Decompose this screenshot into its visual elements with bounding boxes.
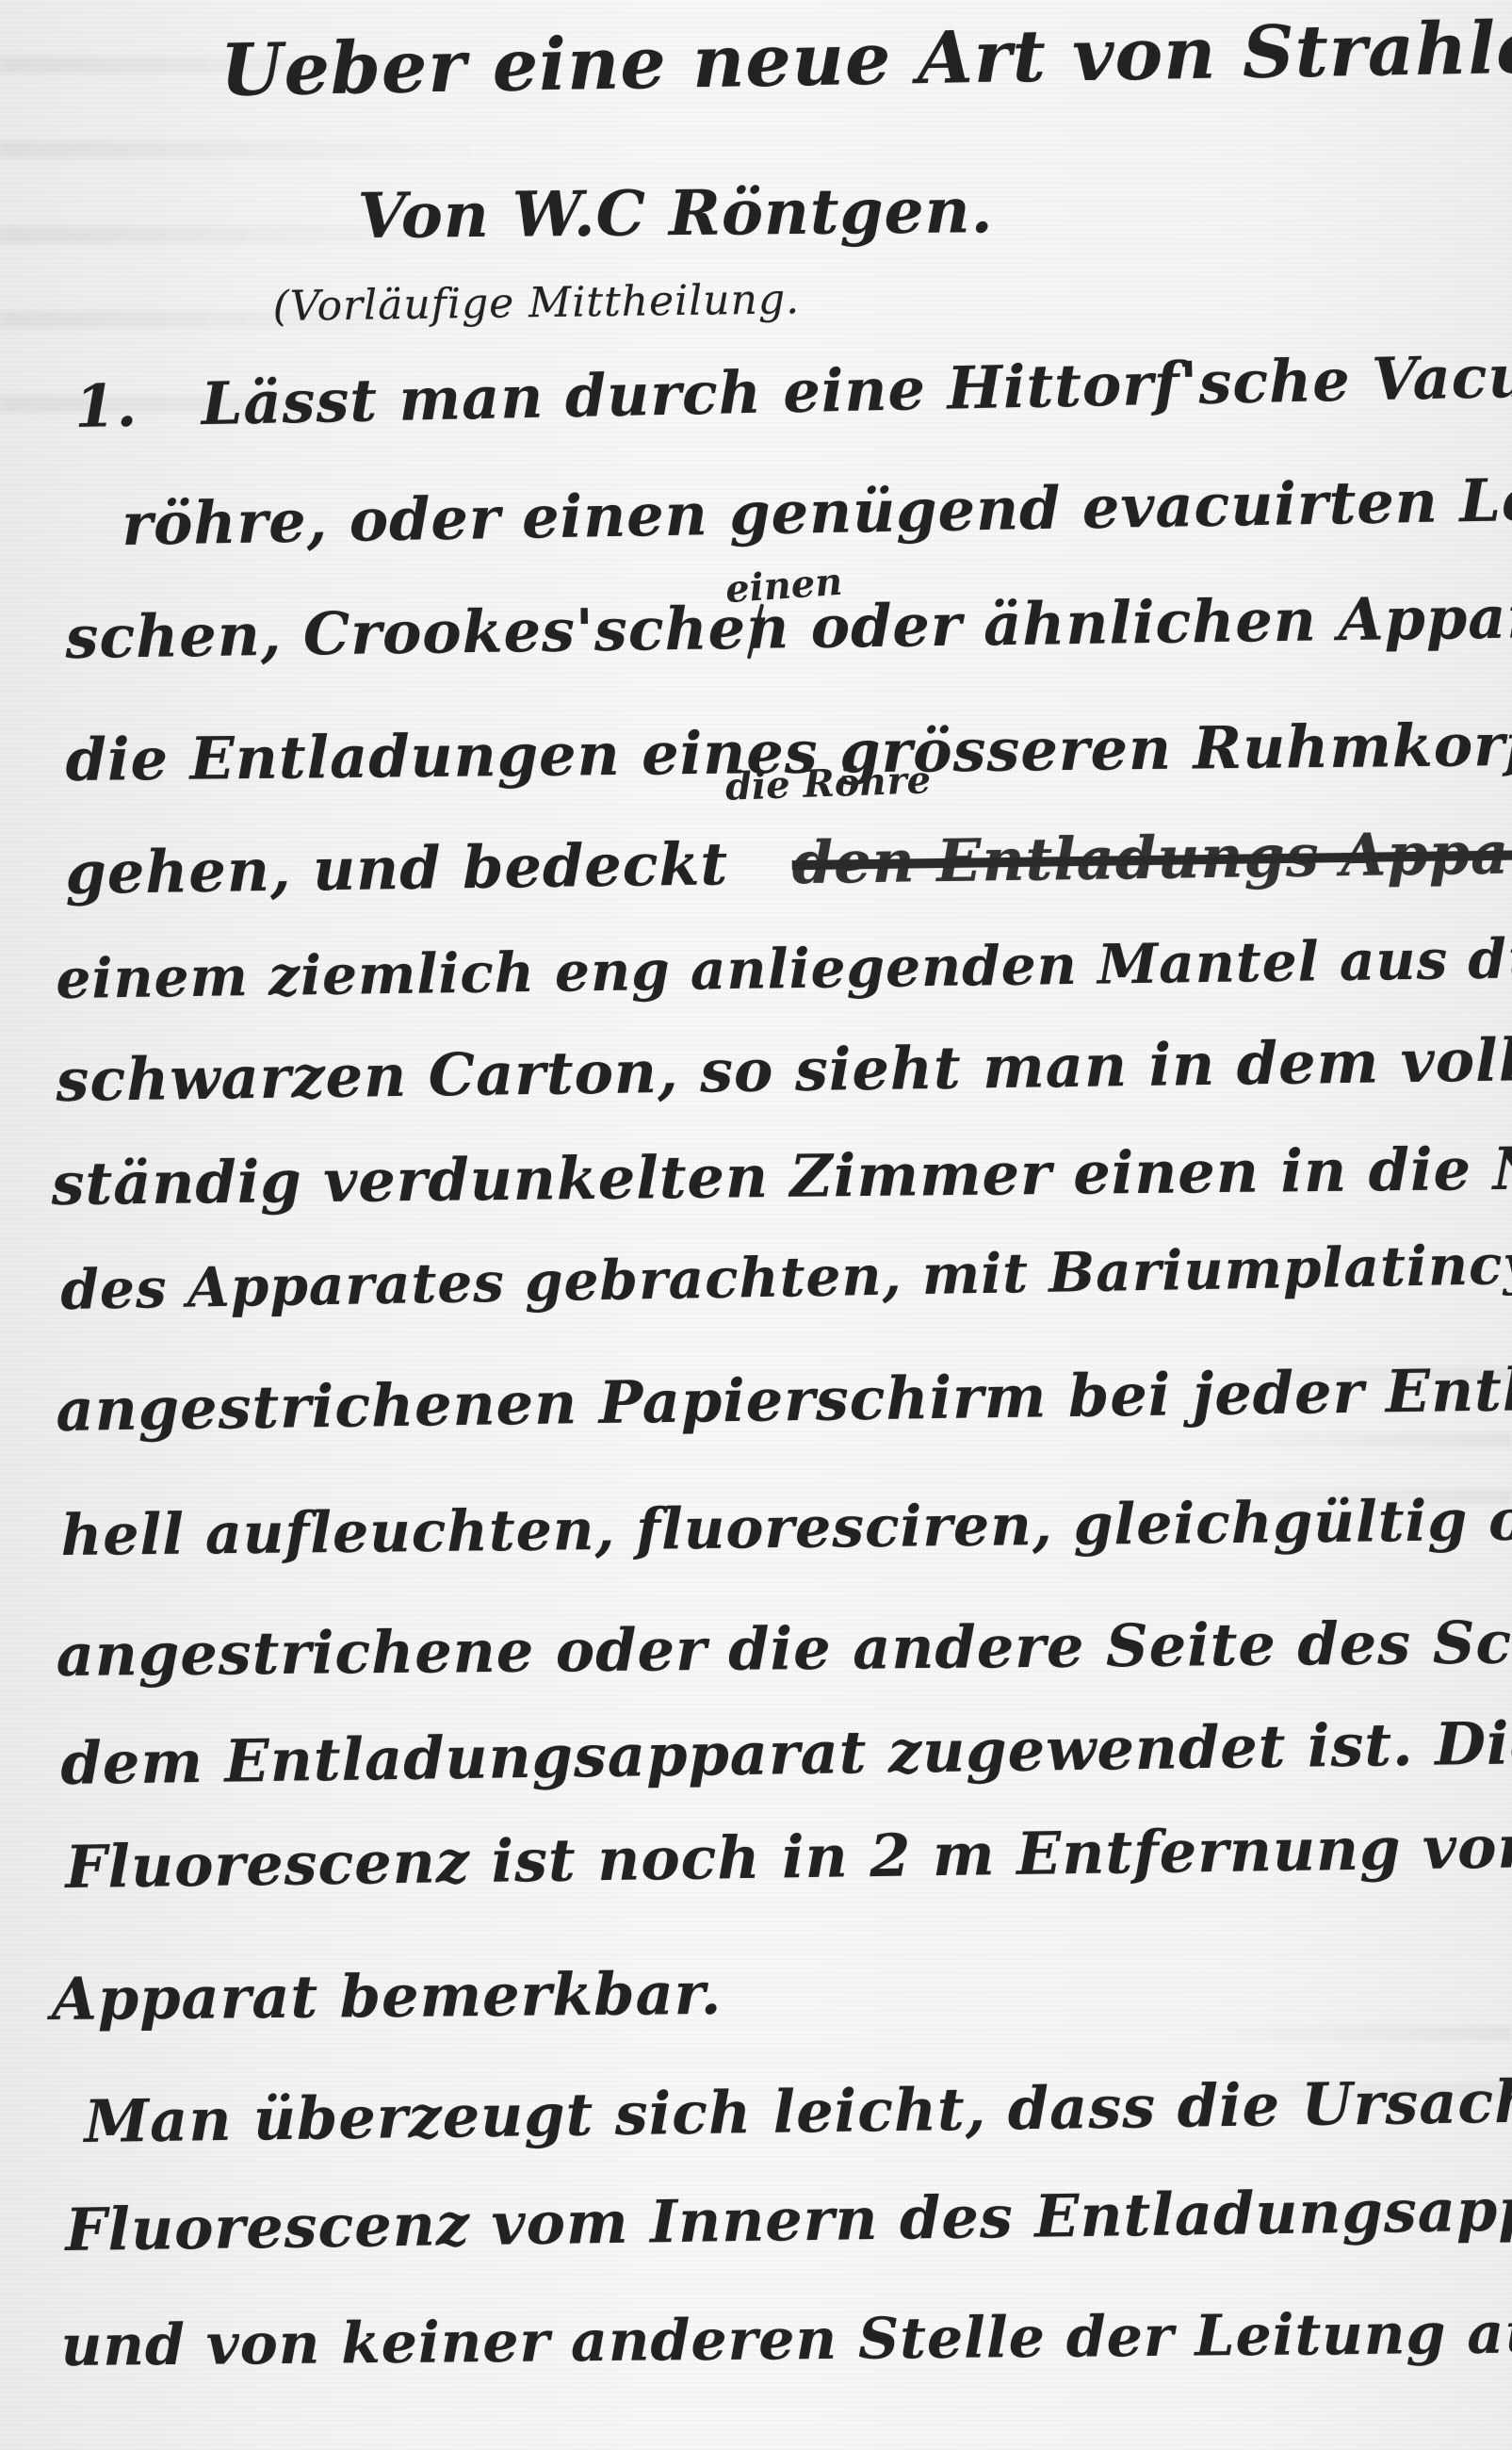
manuscript-line-14: Fluorescenz ist noch in 2 m Entfernung v… [65, 1812, 1512, 1902]
paper-bleed-streak [1154, 1432, 1512, 1447]
paragraph-number: 1. [73, 371, 138, 441]
struck-through-text: den Entladungs Apparat [791, 817, 1512, 897]
manuscript-line-1: 1. Lässt man durch eine Hittorf'sche Vac… [73, 339, 1512, 441]
manuscript-line-7: schwarzen Carton, so sieht man in dem vo… [56, 1025, 1512, 1115]
manuscript-line-12: angestrichene oder die andere Seite des … [56, 1606, 1512, 1690]
manuscript-line-5: gehen, und bedeckt den Entladungs Appara… [65, 815, 1512, 907]
manuscript-line-11: hell aufleuchten, fluoresciren, gleichgü… [60, 1486, 1512, 1569]
manuscript-line-3: schen, Crookes'schen oder ähnlichen Appa… [65, 581, 1512, 672]
manuscript-line-15: Apparat bemerkbar. [51, 1959, 722, 2033]
line-text: gehen, und bedeckt [65, 829, 729, 907]
manuscript-line-2: röhre, oder einen genügend evacuirten Le… [122, 463, 1512, 559]
subtitle-note: (Vorläufige Mittheilung. [272, 275, 800, 331]
author-line: Von W.C Röntgen. [357, 173, 994, 253]
manuscript-line-6: einem ziemlich eng anliegenden Mantel au… [56, 923, 1512, 1011]
manuscript-line-10: angestrichenen Papierschirm bei jeder En… [56, 1352, 1512, 1445]
paper-bleed-streak [0, 141, 490, 158]
manuscript-page: Ueber eine neue Art von Strahlen. Von W.… [0, 0, 1512, 2450]
manuscript-line-9: des Apparates gebrachten, mit Bariumplat… [60, 1230, 1512, 1322]
manuscript-line-16: Man überzeugt sich leicht, dass die Ursa… [84, 2065, 1512, 2156]
inserted-phrase: die Röhre [724, 758, 932, 809]
manuscript-line-13: dem Entladungsapparat zugewendet ist. Di… [60, 1708, 1512, 1798]
manuscript-line-18: und von keiner anderen Stelle der Leitun… [60, 2298, 1512, 2379]
manuscript-line-8: ständig verdunkelten Zimmer einen in die… [51, 1133, 1512, 1218]
line-text: Lässt man durch eine Hittorf'sche Vacuum… [201, 339, 1512, 438]
manuscript-line-17: Fluorescenz vom Innern des Entladungsapp… [65, 2172, 1512, 2264]
paper-bleed-streak [1154, 2026, 1512, 2041]
manuscript-title: Ueber eine neue Art von Strahlen. [219, 4, 1512, 112]
